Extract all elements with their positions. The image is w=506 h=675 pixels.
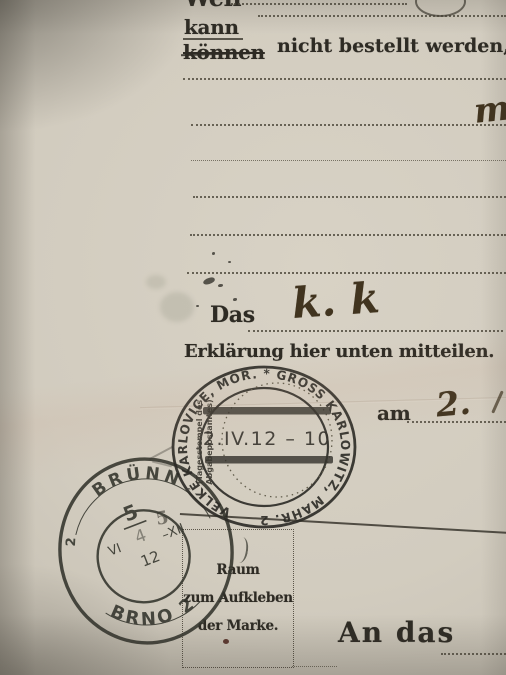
label-das: Das — [210, 302, 255, 328]
dotted-line — [190, 234, 506, 236]
dotted-line — [258, 15, 506, 17]
ink-speck — [218, 284, 223, 287]
svg-text:BRNO 2: BRNO 2 — [105, 591, 202, 636]
ink-speck — [202, 277, 215, 286]
karlowitz-top-bar — [203, 407, 331, 415]
stain-smudge — [160, 292, 194, 322]
ink-speck — [233, 298, 237, 301]
ink-speck — [228, 261, 231, 263]
brno-bottom-text: BRNO 2 — [105, 591, 202, 636]
stain-smudge — [146, 275, 166, 289]
dotted-line — [441, 653, 506, 655]
ink-speck — [196, 305, 199, 307]
karlowitz-bottom-bar — [205, 456, 333, 464]
dotted-line — [292, 666, 337, 667]
handwriting-fragment-top: m — [472, 88, 506, 132]
brno-side-numeral: 2 — [64, 537, 79, 547]
handwriting-stroke — [491, 390, 504, 413]
dotted-line — [191, 124, 506, 126]
dotted-line — [231, 3, 407, 5]
dotted-line — [183, 78, 506, 80]
dotted-line — [248, 330, 503, 332]
brno-day: 5 — [120, 499, 142, 526]
brno-month: 4 — [132, 525, 149, 548]
handwriting-das-entry: k. k — [290, 273, 381, 328]
label-kann: kann — [184, 15, 239, 39]
brno-time-left: VI — [106, 541, 123, 560]
document-photo: Weil kann können nicht bestellt werden, … — [0, 0, 506, 675]
ink-speck — [212, 252, 215, 255]
undeliverable-text: nicht bestellt werden, wei — [277, 35, 506, 57]
karlowitz-postmark-stamp: (Tagesstempel des Abgabepostamtes) 2.IV.… — [162, 358, 368, 544]
dotted-line — [193, 196, 506, 198]
dotted-line — [191, 160, 506, 161]
handwriting-am-entry: 2. — [434, 383, 472, 425]
label-weil: Weil — [184, 0, 241, 12]
label-am: am — [377, 401, 411, 425]
brno-year: 12 — [138, 547, 162, 571]
label-an-das: An das — [338, 616, 455, 649]
dotted-line — [187, 272, 506, 274]
karlowitz-date-text: 2.IV.12 – 10 — [203, 428, 331, 450]
